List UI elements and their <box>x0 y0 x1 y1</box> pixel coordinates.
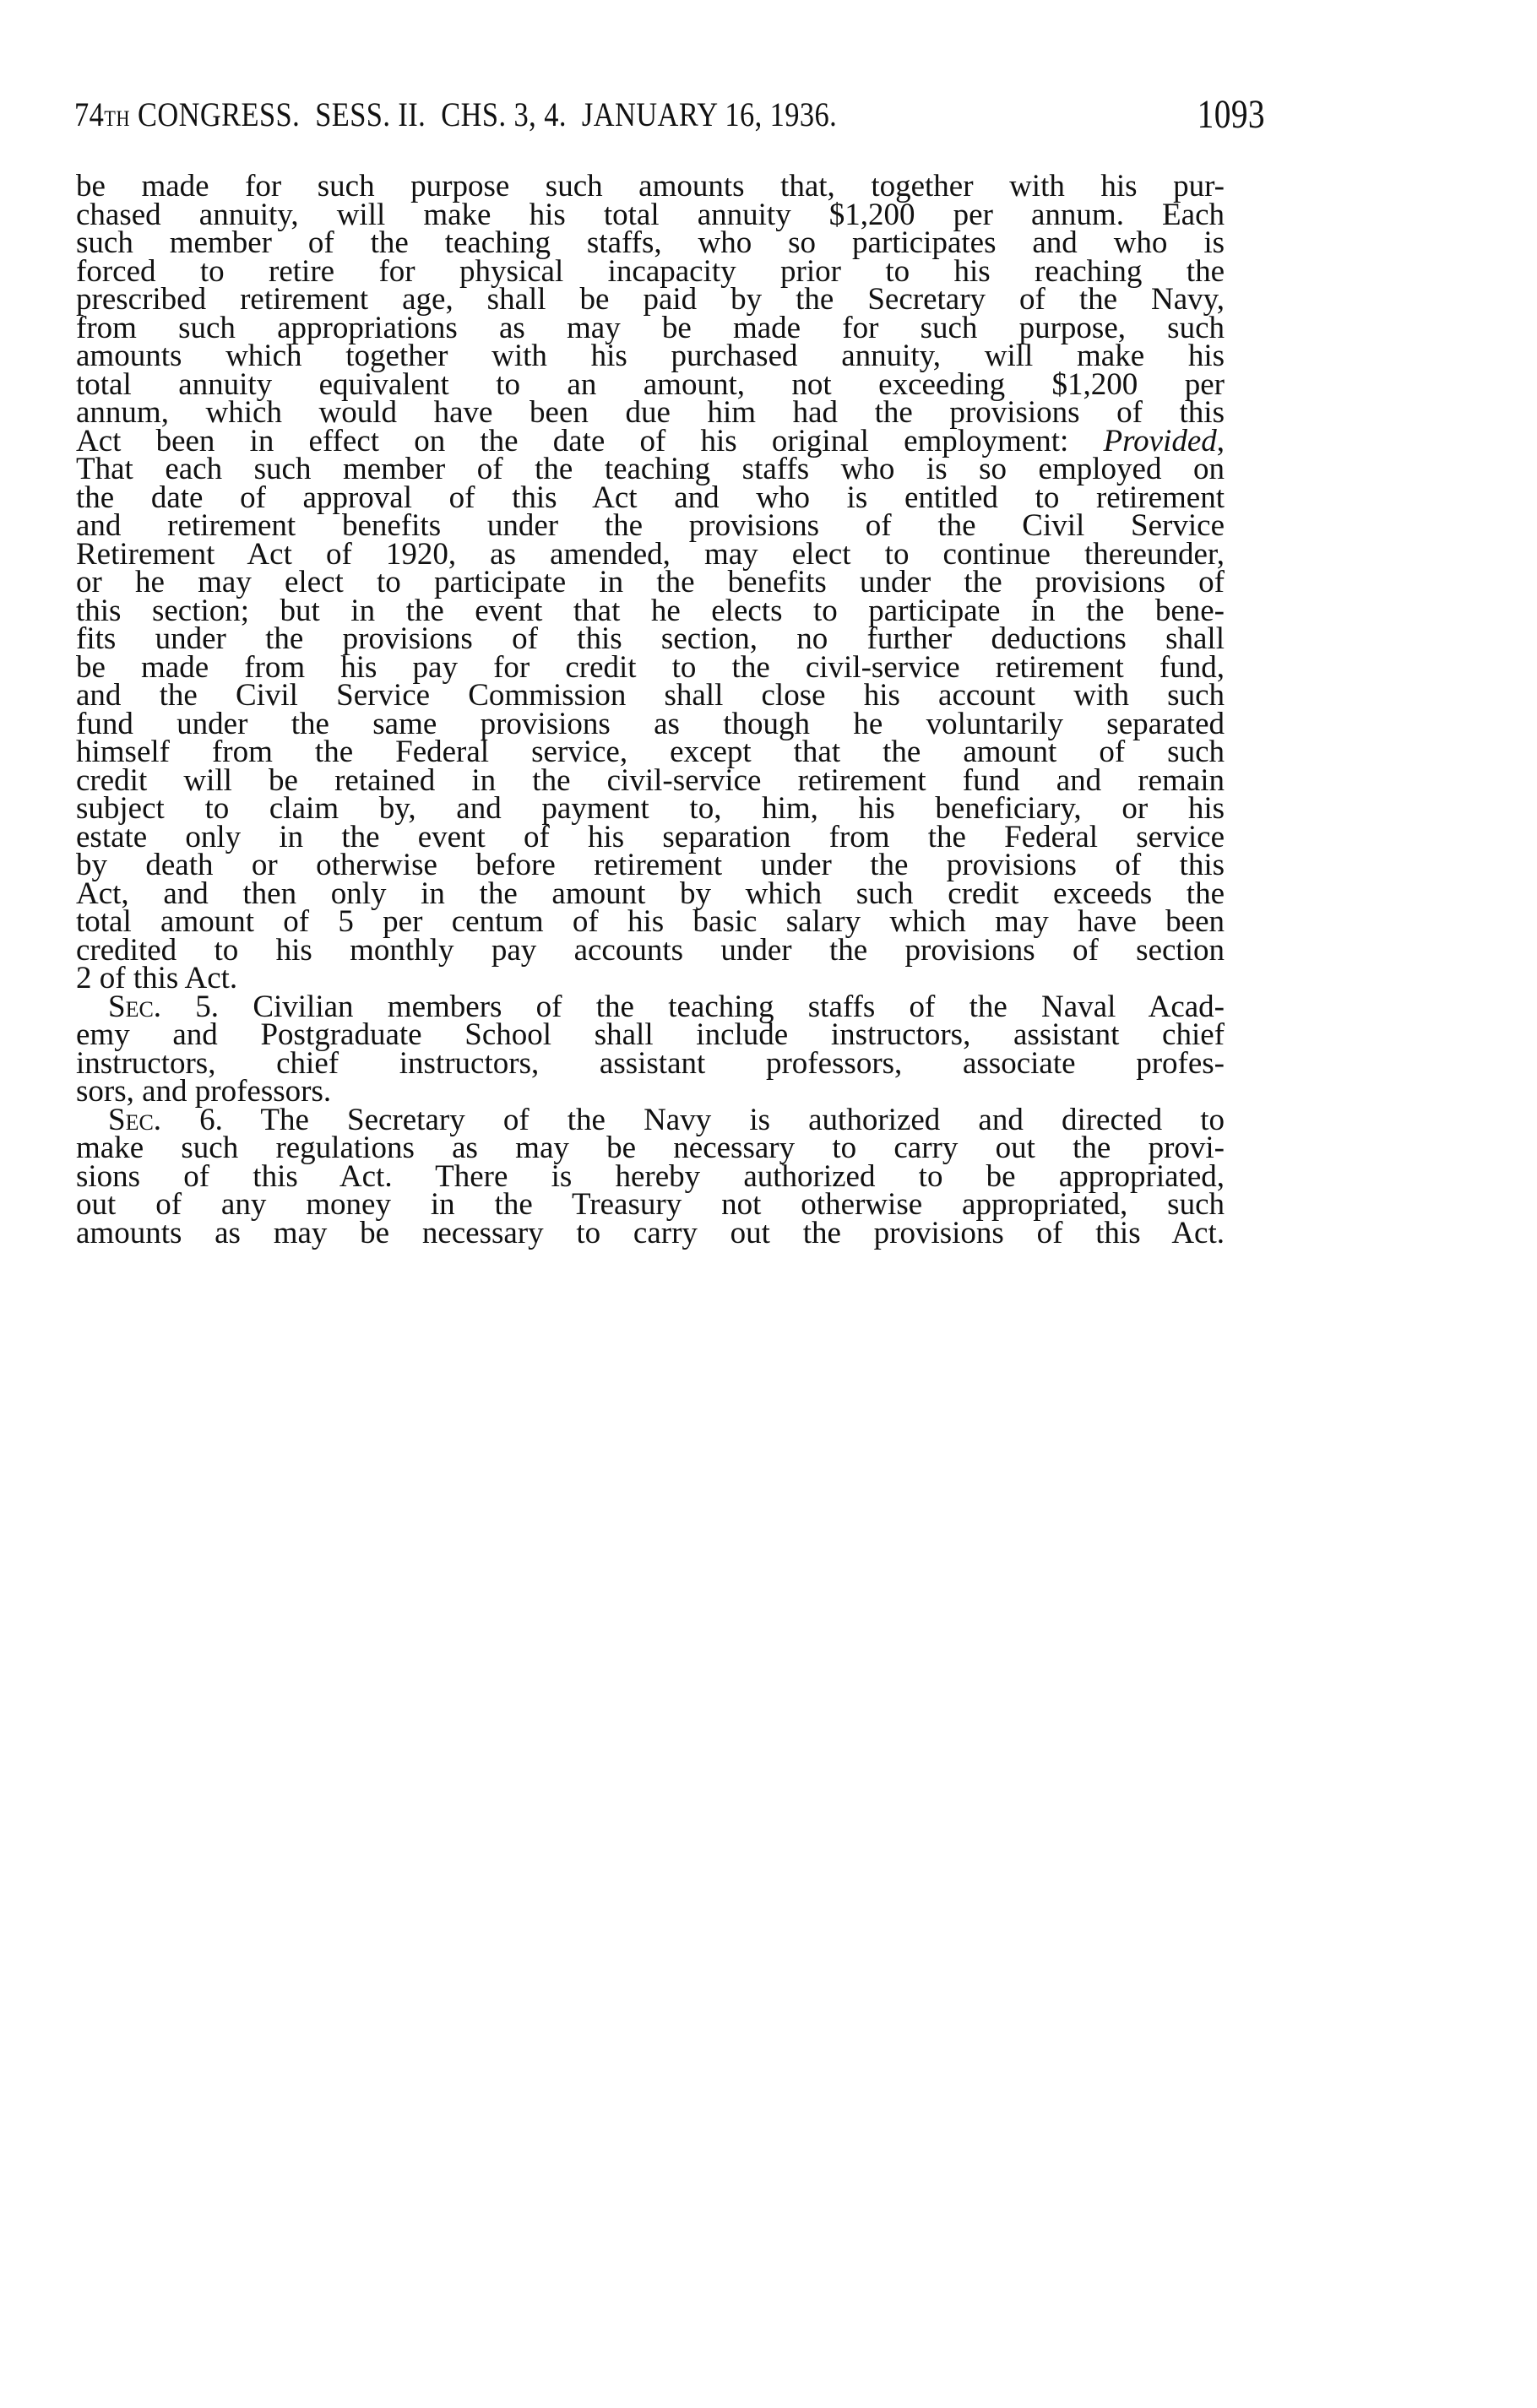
text-line: total amount of 5 per centum of his basi… <box>76 908 1225 936</box>
statute-page: 74TH CONGRESS. SESS. II. CHS. 3, 4. JANU… <box>0 0 1537 2408</box>
text-line: credited to his monthly pay accounts und… <box>76 936 1225 965</box>
text-line: or he may elect to participate in the be… <box>76 568 1225 597</box>
text-line: prescribed retirement age, shall be paid… <box>76 285 1225 314</box>
text-line: and the Civil Service Commission shall c… <box>76 681 1225 710</box>
text-line: subject to claim by, and payment to, him… <box>76 795 1225 823</box>
text-line: and retirement benefits under the provis… <box>76 512 1225 540</box>
text-line: amounts as may be necessary to carry out… <box>76 1219 1225 1248</box>
text-line: sors, and professors. <box>76 1077 1225 1106</box>
text-line: out of any money in the Treasury not oth… <box>76 1190 1225 1219</box>
text-line: annum, which would have been due him had… <box>76 399 1225 427</box>
text-line: such member of the teaching staffs, who … <box>76 229 1225 258</box>
text-line: make such regulations as may be necessar… <box>76 1134 1225 1163</box>
text-line: emy and Postgraduate School shall includ… <box>76 1021 1225 1049</box>
text-line: himself from the Federal service, except… <box>76 738 1225 767</box>
running-header: 74TH CONGRESS. SESS. II. CHS. 3, 4. JANU… <box>74 91 1265 138</box>
page-number: 1093 <box>1198 91 1265 138</box>
text-line: fits under the provisions of this sectio… <box>76 625 1225 654</box>
text-line: be made for such purpose such amounts th… <box>76 172 1225 201</box>
running-head: 74TH CONGRESS. SESS. II. CHS. 3, 4. JANU… <box>74 91 837 143</box>
text-line: 2 of this Act. <box>76 964 1225 993</box>
text-line: amounts which together with his purchase… <box>76 342 1225 371</box>
text-line: That each such member of the teaching st… <box>76 455 1225 484</box>
text-line: by death or otherwise before retirement … <box>76 851 1225 880</box>
